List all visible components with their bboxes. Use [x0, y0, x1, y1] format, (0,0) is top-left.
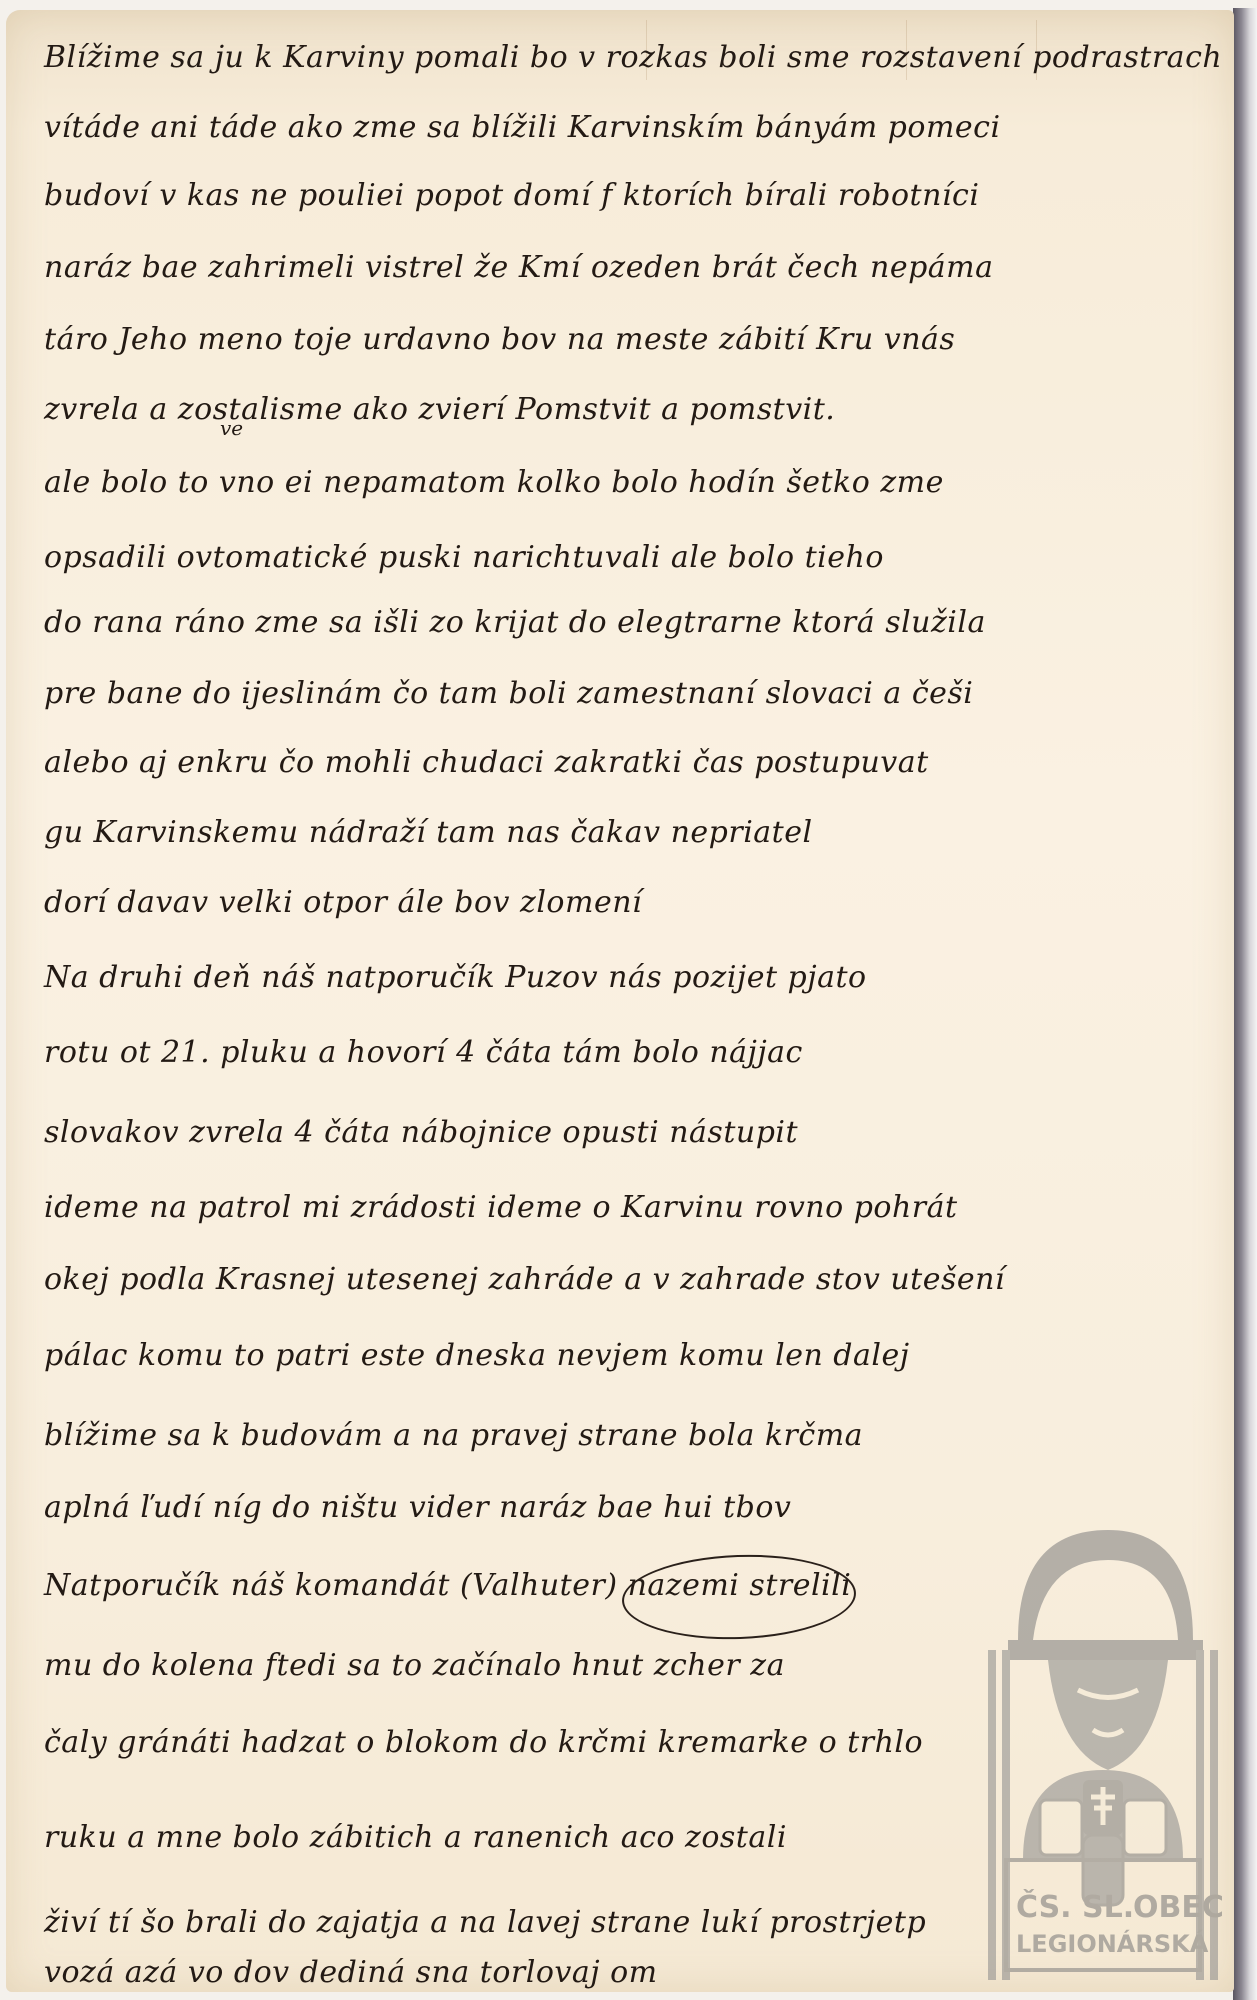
text-line: okej podla Krasnej utesenej zahráde a v … — [44, 1262, 1214, 1297]
watermark-text-bottom: LEGIONÁRSKÁ — [1016, 1930, 1208, 1958]
watermark-text-right: OBEC — [1133, 1890, 1224, 1925]
text-line: naráz bae zahrimeli vistrel že Kmí ozede… — [44, 250, 1214, 285]
text-line: táro Jeho meno toje urdavno bov na meste… — [44, 322, 1214, 357]
text-line: vítáde ani táde ako zme sa blížili Karvi… — [44, 110, 1214, 145]
text-line: pálac komu to patri este dneska nevjem k… — [44, 1338, 1214, 1373]
text-line: Blížime sa ju k Karviny pomali bo v rozk… — [44, 40, 1214, 75]
text-line: Na druhi deň náš natporučík Puzov nás po… — [44, 960, 1214, 995]
text-line: dorí davav velki otpor ále bov zlomení — [44, 885, 1214, 920]
legion-watermark-logo: ČS. SL. OBEC LEGIONÁRSKÁ — [988, 1490, 1218, 1980]
scanner-edge-shadow — [1233, 8, 1257, 2000]
text-line: budoví v kas ne pouliei popot domí f kto… — [44, 178, 1214, 213]
text-line: pre bane do ijeslinám čo tam boli zamest… — [44, 676, 1214, 711]
text-line: do rana ráno zme sa išli zo krijat do el… — [44, 605, 1214, 640]
text-line: gu Karvinskemu nádraží tam nas čakav nep… — [44, 815, 1214, 850]
watermark-text-left: ČS. SL. — [1016, 1890, 1134, 1925]
interlinear-insert: ve — [220, 416, 243, 440]
text-line: opsadili ovtomatické puski narichtuvali … — [44, 540, 1214, 575]
text-line: blížime sa k budovám a na pravej strane … — [44, 1418, 1214, 1453]
text-line: alebo aj enkru čo mohli chudaci zakratki… — [44, 745, 1214, 780]
text-line: slovakov zvrela 4 čáta nábojnice opusti … — [44, 1115, 1214, 1150]
text-line: rotu ot 21. pluku a hovorí 4 čáta tám bo… — [44, 1035, 1214, 1070]
text-line: ideme na patrol mi zrádosti ideme o Karv… — [44, 1190, 1214, 1225]
text-line: ale bolo to vno ei nepamatom kolko bolo … — [44, 465, 1214, 500]
